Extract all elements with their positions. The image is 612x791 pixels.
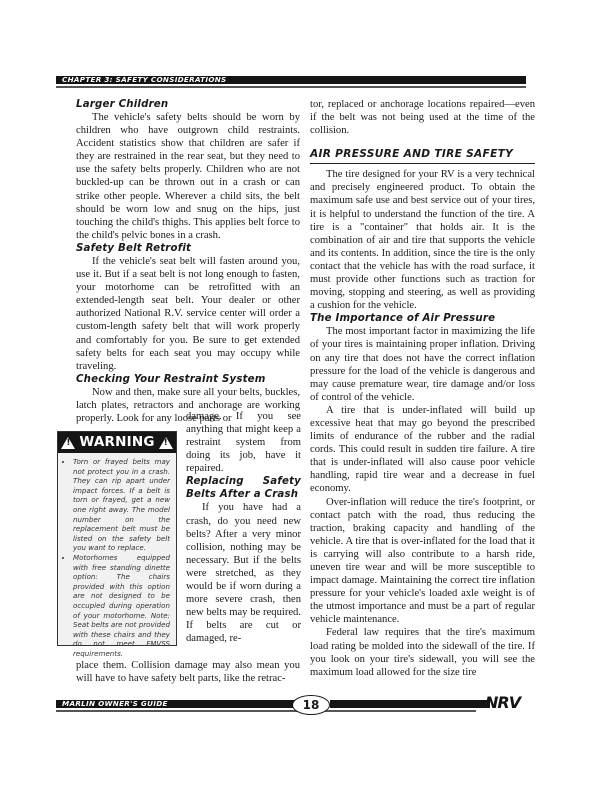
warning-list: Torn or frayed belts may not protect you… — [64, 457, 170, 658]
paragraph-larger-children: The vehicle's safety belts should be wor… — [76, 111, 300, 242]
warning-item: Motorhomes equipped with free standing d… — [73, 553, 170, 659]
heading-replacing-belts: Replacing Safety Belts After a Crash — [186, 475, 301, 501]
header-rule — [56, 86, 526, 88]
paragraph-under-inflated: A tire that is under-inflated will build… — [310, 404, 535, 496]
warning-triangle-icon — [159, 437, 173, 449]
paragraph-retrofit: If the vehicle's seat belt will fasten a… — [76, 255, 300, 373]
heading-safety-belt-retrofit: Safety Belt Retrofit — [76, 242, 300, 255]
footer-bar-right — [330, 700, 490, 708]
left-column: Larger Children The vehicle's safety bel… — [76, 98, 300, 425]
paragraph-continuation: tor, replaced or anchorage locations rep… — [310, 98, 535, 137]
paragraph-replace-them: place them. Collision damage may also me… — [76, 659, 300, 685]
chapter-title: CHAPTER 3: SAFETY CONSIDERATIONS — [62, 75, 227, 84]
manual-page: CHAPTER 3: SAFETY CONSIDERATIONS Larger … — [0, 0, 612, 791]
nrv-logo: NRV — [485, 693, 520, 712]
wrapped-text-column: damage. If you see anything that might k… — [186, 410, 301, 646]
section-title-air-pressure: AIR PRESSURE AND TIRE SAFETY — [310, 147, 535, 164]
warning-box: WARNING Torn or frayed belts may not pro… — [57, 431, 177, 646]
right-column: tor, replaced or anchorage locations rep… — [310, 98, 535, 679]
paragraph-tire-intro: The tire designed for your RV is a very … — [310, 168, 535, 312]
paragraph-importance: The most important factor in maximizing … — [310, 325, 535, 404]
left-column-bottom: place them. Collision damage may also me… — [76, 659, 300, 685]
heading-checking-restraint: Checking Your Restraint System — [76, 373, 300, 386]
heading-larger-children: Larger Children — [76, 98, 300, 111]
heading-importance-air-pressure: The Importance of Air Pressure — [310, 312, 535, 325]
paragraph-over-inflation: Over-inflation will reduce the tire's fo… — [310, 496, 535, 627]
paragraph-federal-law: Federal law requires that the tire's max… — [310, 626, 535, 678]
footer-rule — [56, 710, 476, 712]
warning-item: Torn or frayed belts may not protect you… — [73, 457, 170, 553]
warning-header: WARNING — [58, 432, 176, 453]
warning-title: WARNING — [79, 432, 154, 453]
paragraph-replacing: If you have had a crash, do you need new… — [186, 501, 301, 645]
guide-title: MARLIN OWNER'S GUIDE — [62, 699, 168, 708]
warning-triangle-icon — [61, 437, 75, 449]
page-number: 18 — [292, 695, 330, 715]
paragraph-checking-continued: damage. If you see anything that might k… — [186, 410, 301, 475]
